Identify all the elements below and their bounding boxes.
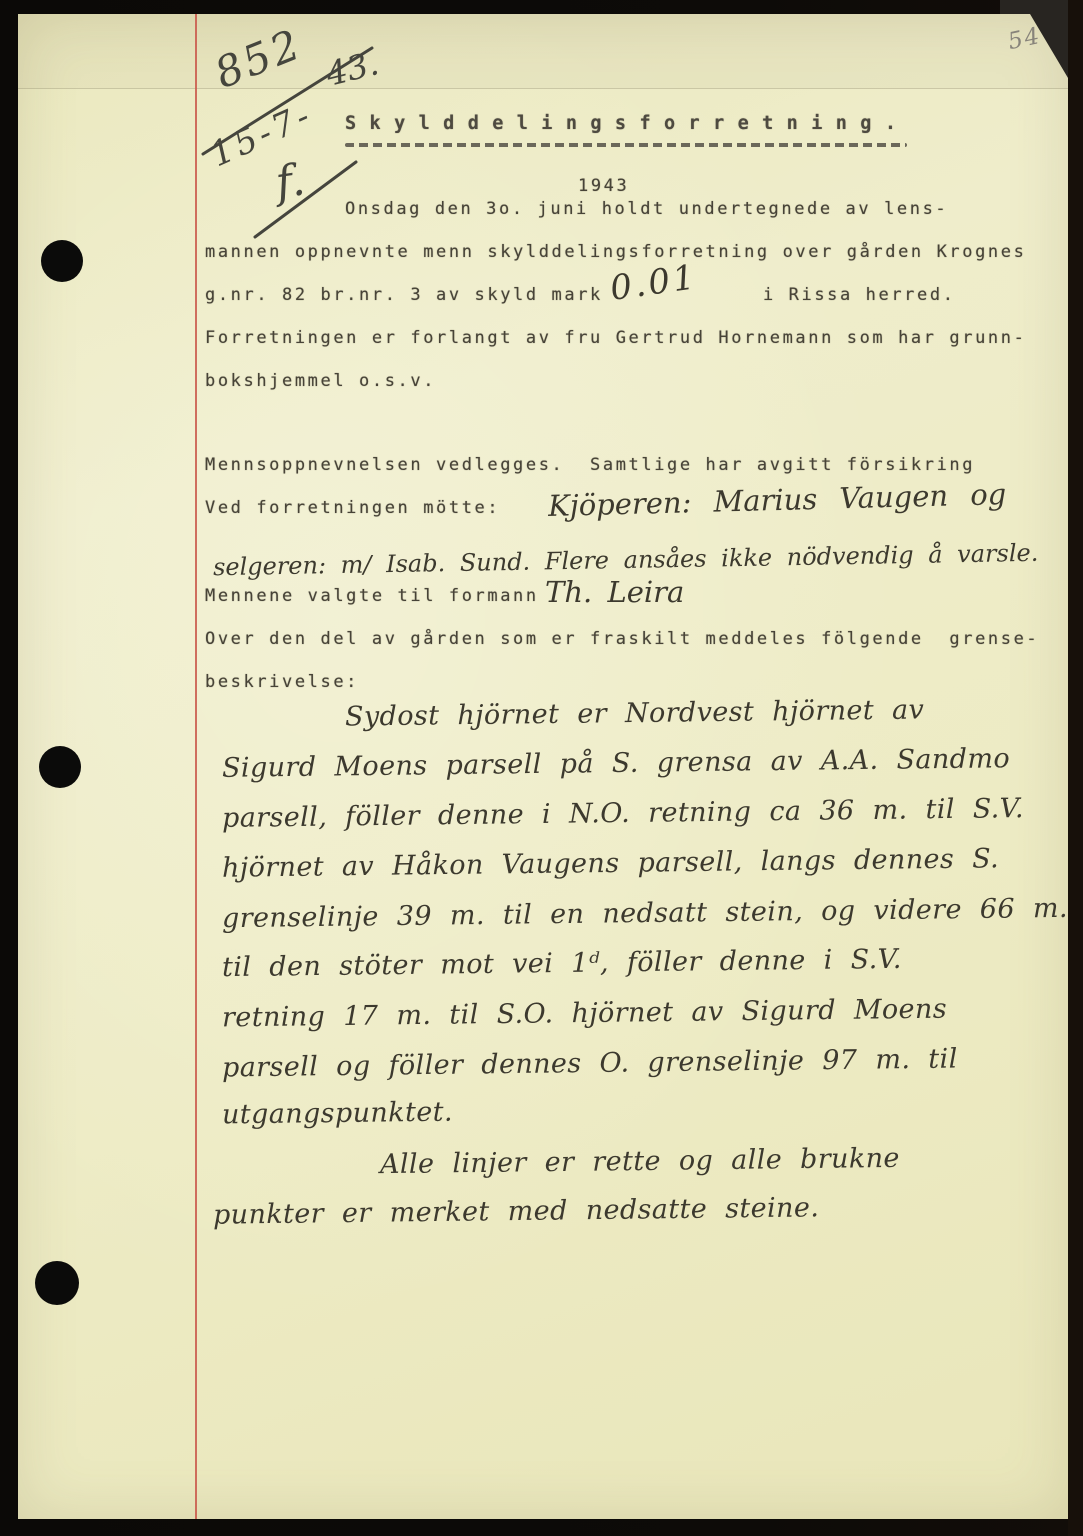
paper-top-shading: [18, 14, 1068, 88]
handwritten-foreman: Th. Leira: [545, 578, 684, 607]
handwritten-line: til den stöter mot vei 1ᵈ, föller denne …: [222, 946, 902, 981]
handwritten-line: punkter er merket med nedsatte steine.: [213, 1194, 820, 1228]
typed-line: Mennene valgte til formann: [205, 586, 539, 607]
typed-line: bokshjemmel o.s.v.: [205, 371, 436, 392]
handwritten-line: Alle linjer er rette og alle brukne: [380, 1145, 900, 1178]
typed-line: Mennsoppnevnelsen vedlegges. Samtlige ha…: [205, 455, 975, 476]
handwritten-seller: selgeren: m/ Isab. Sund. Flere ansåes ik…: [213, 541, 1039, 579]
typed-line: Onsdag den 3o. juni holdt undertegnede a…: [345, 199, 948, 220]
typed-line: g.nr. 82 br.nr. 3 av skyld mark: [205, 285, 603, 306]
title-dashed-underline: [345, 143, 907, 147]
typed-line: Forretningen er forlangt av fru Gertrud …: [205, 328, 1026, 349]
scanned-document-background: 54 852 15-7- 43. f. Skylddelingsforretni…: [0, 0, 1083, 1536]
handwritten-line: retning 17 m. til S.O. hjörnet av Sigurd…: [222, 996, 947, 1032]
typed-line: Ved forretningen mötte:: [205, 498, 500, 519]
document-title: Skylddelingsforretning.: [345, 112, 909, 135]
punch-hole-bottom: [35, 1261, 79, 1305]
punch-hole-top: [41, 240, 83, 282]
typed-line: Over den del av gården som er fraskilt m…: [205, 629, 1039, 650]
punch-hole-middle: [39, 746, 81, 788]
handwritten-line: utgangspunktet.: [222, 1099, 453, 1129]
handwritten-line: hjörnet av Håkon Vaugens parsell, langs …: [222, 845, 999, 881]
typed-line: beskrivelse:: [205, 672, 359, 693]
heading-year: 1943: [578, 176, 629, 197]
handwritten-skyld-mark-value: 0.01: [608, 260, 700, 306]
handwritten-line: Sigurd Moens parsell på S. grensa av A.A…: [222, 745, 1010, 782]
scan-edge-strip: [1068, 0, 1083, 1536]
document-page: 54 852 15-7- 43. f. Skylddelingsforretni…: [18, 14, 1068, 1519]
journal-paraph: f.: [273, 158, 308, 206]
handwritten-line: parsell og föller dennes O. grenselinje …: [222, 1046, 958, 1082]
paper-crease-line: [18, 88, 1068, 89]
red-margin-line: [195, 14, 197, 1519]
handwritten-line: grenselinje 39 m. til en nedsatt stein, …: [222, 895, 1068, 932]
typed-line: i Rissa herred.: [763, 285, 956, 306]
typed-line: mannen oppnevnte menn skylddelingsforret…: [205, 242, 1026, 263]
handwritten-buyer: Kjöperen: Marius Vaugen og: [548, 480, 1007, 521]
handwritten-line: parsell, föller denne i N.O. retning ca …: [222, 795, 1024, 832]
handwritten-line: Sydost hjörnet er Nordvest hjörnet av: [345, 696, 925, 730]
